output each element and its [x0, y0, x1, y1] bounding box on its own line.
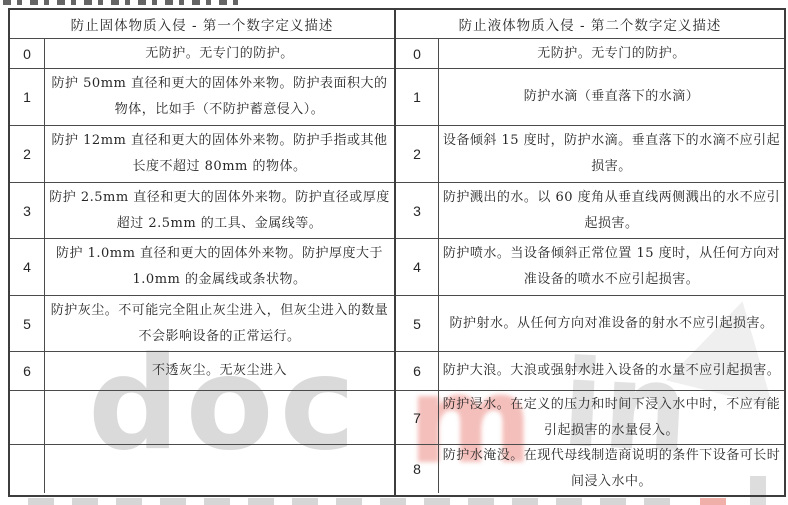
description-cell: 无防护。无专门的防护。	[45, 39, 394, 68]
table-row: 3 防护溅出的水。以 60 度角从垂直线两侧溅出的水不应引起损害。	[396, 182, 784, 238]
table-row: 1 防护 50mm 直径和更大的固体外来物。防护表面积大的物体，比如手（不防护蓄…	[10, 68, 394, 125]
description-cell: 防护 2.5mm 直径和更大的固体外来物。防护直径或厚度超过 2.5mm 的工具…	[45, 183, 394, 238]
table-row: 5 防护射水。从任何方向对准设备的射水不应引起损害。	[396, 295, 784, 351]
table-row-empty	[10, 390, 394, 444]
digit-cell: 0	[396, 39, 439, 68]
description-cell: 防护喷水。当设备倾斜正常位置 15 度时，从任何方向对准设备的喷水不应引起损害。	[439, 239, 784, 295]
table-row: 2 设备倾斜 15 度时，防护水滴。垂直落下的水滴不应引起损害。	[396, 125, 784, 182]
description-cell: 防护水滴（垂直落下的水滴）	[439, 69, 784, 125]
table-header-row: 防止固体物质入侵 - 第一个数字定义描述	[10, 10, 394, 38]
digit-cell: 2	[396, 126, 439, 182]
table-row: 1 防护水滴（垂直落下的水滴）	[396, 68, 784, 125]
description-cell: 防护水淹没。在现代母线制造商说明的条件下设备可长时间浸入水中。	[439, 445, 784, 493]
description-cell: 防护溅出的水。以 60 度角从垂直线两侧溅出的水不应引起损害。	[439, 183, 784, 238]
table-row: 4 防护喷水。当设备倾斜正常位置 15 度时，从任何方向对准设备的喷水不应引起损…	[396, 238, 784, 295]
table-row: 6 不透灰尘。无灰尘进入	[10, 351, 394, 390]
description-cell: 防护射水。从任何方向对准设备的射水不应引起损害。	[439, 296, 784, 351]
digit-cell: 1	[396, 69, 439, 125]
digit-cell: 1	[10, 69, 45, 125]
digit-cell: 5	[10, 296, 45, 351]
digit-cell: 2	[10, 126, 45, 182]
digit-cell: 6	[396, 352, 439, 390]
description-cell: 防护 1.0mm 直径和更大的固体外来物。防护厚度大于 1.0mm 的金属线或条…	[45, 239, 394, 295]
liquid-ingress-header: 防止液体物质入侵 - 第二个数字定义描述	[396, 10, 784, 38]
description-cell: 不透灰尘。无灰尘进入	[45, 352, 394, 390]
table-row: 0 无防护。无专门的防护。	[10, 38, 394, 68]
digit-cell	[10, 391, 45, 444]
description-cell: 无防护。无专门的防护。	[439, 39, 784, 68]
description-cell: 防护大浪。大浪或强射水进入设备的水量不应引起损害。	[439, 352, 784, 390]
digit-cell: 5	[396, 296, 439, 351]
table-row: 5 防护灰尘。不可能完全阻止灰尘进入，但灰尘进入的数量不会影响设备的正常运行。	[10, 295, 394, 351]
table-row: 8 防护水淹没。在现代母线制造商说明的条件下设备可长时间浸入水中。	[396, 444, 784, 493]
digit-cell: 3	[396, 183, 439, 238]
table-row: 6 防护大浪。大浪或强射水进入设备的水量不应引起损害。	[396, 351, 784, 390]
description-cell: 防护浸水。在定义的压力和时间下浸入水中时，不应有能引起损害的水量侵入。	[439, 391, 784, 444]
table-row: 4 防护 1.0mm 直径和更大的固体外来物。防护厚度大于 1.0mm 的金属线…	[10, 238, 394, 295]
digit-cell	[10, 445, 45, 493]
digit-cell: 7	[396, 391, 439, 444]
watermark-clipped-bottom-red	[700, 498, 726, 505]
digit-cell: 4	[10, 239, 45, 295]
table-header-row: 防止液体物质入侵 - 第二个数字定义描述	[396, 10, 784, 38]
solid-ingress-header: 防止固体物质入侵 - 第一个数字定义描述	[10, 10, 394, 38]
document-page: doc m in 防止固体物质入侵 - 第一个数字定义描述 0 无防护。无专门的…	[0, 0, 788, 505]
clipped-caption-strip	[3, 0, 241, 5]
description-cell: 防护 50mm 直径和更大的固体外来物。防护表面积大的物体，比如手（不防护蓄意侵…	[45, 69, 394, 125]
liquid-ingress-table: 防止液体物质入侵 - 第二个数字定义描述 0 无防护。无专门的防护。 1 防护水…	[396, 10, 784, 495]
description-cell	[45, 391, 394, 444]
table-row: 7 防护浸水。在定义的压力和时间下浸入水中时，不应有能引起损害的水量侵入。	[396, 390, 784, 444]
description-cell: 防护 12mm 直径和更大的固体外来物。防护手指或其他长度不超过 80mm 的物…	[45, 126, 394, 182]
table-row: 0 无防护。无专门的防护。	[396, 38, 784, 68]
digit-cell: 0	[10, 39, 45, 68]
table-row: 3 防护 2.5mm 直径和更大的固体外来物。防护直径或厚度超过 2.5mm 的…	[10, 182, 394, 238]
digit-cell: 3	[10, 183, 45, 238]
table-row: 2 防护 12mm 直径和更大的固体外来物。防护手指或其他长度不超过 80mm …	[10, 125, 394, 182]
digit-cell: 8	[396, 445, 439, 493]
description-cell	[45, 445, 394, 493]
table-row-empty	[10, 444, 394, 493]
description-cell: 防护灰尘。不可能完全阻止灰尘进入，但灰尘进入的数量不会影响设备的正常运行。	[45, 296, 394, 351]
digit-cell: 6	[10, 352, 45, 390]
solid-ingress-table: 防止固体物质入侵 - 第一个数字定义描述 0 无防护。无专门的防护。 1 防护 …	[10, 10, 396, 495]
digit-cell: 4	[396, 239, 439, 295]
watermark-clipped-bottom-row	[28, 498, 688, 505]
description-cell: 设备倾斜 15 度时，防护水滴。垂直落下的水滴不应引起损害。	[439, 126, 784, 182]
ip-rating-table: 防止固体物质入侵 - 第一个数字定义描述 0 无防护。无专门的防护。 1 防护 …	[8, 8, 786, 497]
